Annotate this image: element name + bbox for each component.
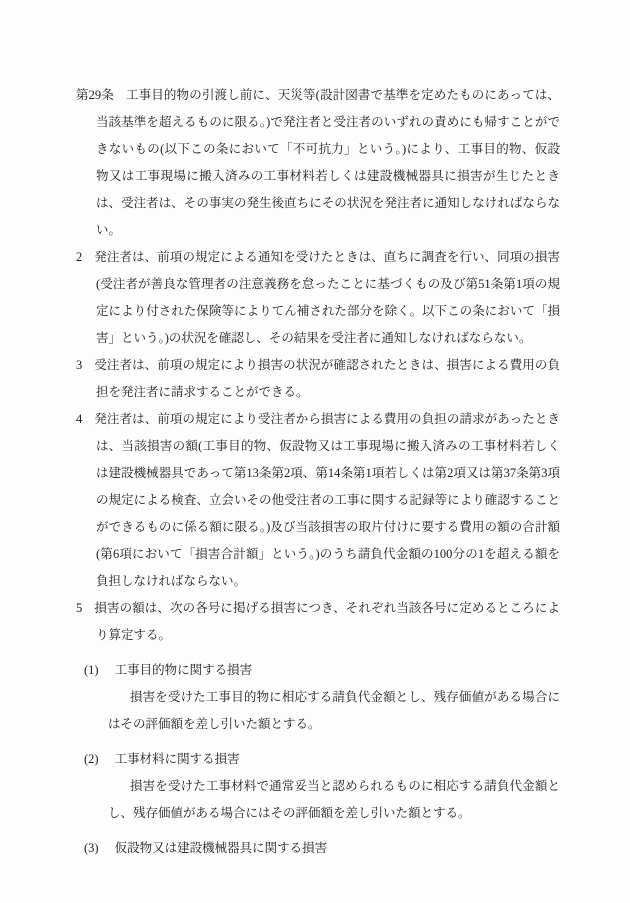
item-2-heading: (2)工事材料に関する損害	[84, 746, 560, 773]
article-number-label: 第29条	[76, 88, 114, 102]
article-29-body: 第29条工事目的物の引渡し前に、天災等(設計図書で基準を定めたものにあっては、当…	[76, 82, 560, 862]
item-number-label: (2)	[84, 752, 99, 766]
item-1-heading: (1)工事目的物に関する損害	[84, 657, 560, 684]
contract-document-page: 第29条工事目的物の引渡し前に、天災等(設計図書で基準を定めたものにあっては、当…	[0, 0, 630, 903]
paragraph-text: 受注者は、前項の規定により損害の状況が確認されたときは、損害による費用の負担を発…	[94, 358, 560, 399]
paragraph-text: 工事目的物の引渡し前に、天災等(設計図書で基準を定めたものにあっては、当該基準を…	[96, 88, 560, 237]
article-paragraph-1: 第29条工事目的物の引渡し前に、天災等(設計図書で基準を定めたものにあっては、当…	[76, 82, 560, 244]
item-heading-text: 工事材料に関する損害	[115, 752, 240, 766]
item-heading-text: 工事目的物に関する損害	[115, 663, 253, 677]
article-paragraph-3: 3受注者は、前項の規定により損害の状況が確認されたときは、損害による費用の負担を…	[76, 352, 560, 406]
article-paragraph-2: 2発注者は、前項の規定による通知を受けたときは、直ちに調査を行い、同項の損害(受…	[76, 244, 560, 352]
article-paragraph-4: 4発注者は、前項の規定により受注者から損害による費用の負担の請求があったときは、…	[76, 406, 560, 595]
item-2-body: 損害を受けた工事材料で通常妥当と認められるものに相応する請負代金額とし、残存価値…	[108, 773, 560, 827]
item-1-body: 損害を受けた工事目的物に相応する請負代金額とし、残存価値がある場合にはその評価額…	[108, 684, 560, 738]
paragraph-text: 発注者は、前項の規定による通知を受けたときは、直ちに調査を行い、同項の損害(受注…	[94, 250, 560, 345]
paragraph-number-label: 2	[76, 250, 82, 264]
paragraph-text: 発注者は、前項の規定により受注者から損害による費用の負担の請求があったときは、当…	[94, 412, 560, 588]
item-3-heading: (3)仮設物又は建設機械器具に関する損害	[84, 835, 560, 862]
item-number-label: (3)	[84, 841, 99, 855]
item-number-label: (1)	[84, 663, 99, 677]
paragraph-number-label: 5	[76, 601, 82, 615]
paragraph-number-label: 3	[76, 358, 82, 372]
item-heading-text: 仮設物又は建設機械器具に関する損害	[115, 841, 328, 855]
article-paragraph-5: 5損害の額は、次の各号に掲げる損害につき、それぞれ当該各号に定めるところにより算…	[76, 595, 560, 649]
paragraph-text: 損害の額は、次の各号に掲げる損害につき、それぞれ当該各号に定めるところにより算定…	[94, 601, 560, 642]
paragraph-number-label: 4	[76, 412, 82, 426]
